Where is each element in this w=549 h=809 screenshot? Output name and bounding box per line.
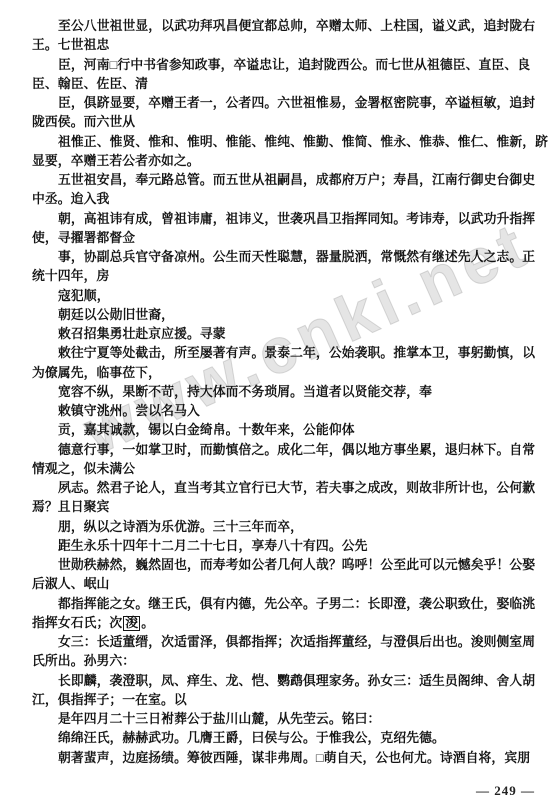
text-line: 是年四月二十三日袝葬公于盐川山麓，从先茔云。铭曰： [32,710,537,729]
text-line: 敕召招集勇壮赴京应援。寻蒙 [32,325,537,344]
text-line: 朝廷以公勋旧世裔， [32,306,537,325]
text-line: 敕往宁夏等处截击，所至屡著有声。景泰二年，公始袭职。推掌本卫，事躬勤慎，以 [32,344,537,363]
text-line: 臣，俱跻显要，卒赠王者一，公者四。六世祖惟易，金署枢密院事，卒谥桓敏，追封 [32,94,537,113]
text-line: 统十四年，房 [32,267,537,286]
text-line: 夙志。然君子论人，直当考其立官行已大节，若夫事之成改，则故非所计也，公何歉 [32,479,537,498]
text-line: 祖惟正、惟贤、惟和、惟明、惟能、惟纯、惟勤、惟简、惟永、惟恭、惟仁、惟新，跻 [32,133,537,152]
text-line: 都指挥能之女。继王氏，俱有内德，先公卒。子男二：长即澄，袭公职致仕，娶临洮 [32,595,537,614]
text-line: 情观之，似未满公 [32,460,537,479]
text-line: 显要，卒赠王若公者亦如之。 [32,152,537,171]
text-line: 德意行事，一如掌卫时，而勤慎倍之。成化二年，偶以地方事坐累，退归林下。自常 [32,441,537,460]
text-line: 敕镇守洮州。尝以名马入 [32,402,537,421]
text-line: 五世祖安昌，奉元路总管。而五世从祖嗣昌，成都府万户；寿昌，江南行御史台御史 [32,171,537,190]
text-line: 江，俱指挥子；一在室。以 [32,691,537,710]
text-line: 朋，纵以之诗酒为乐优游。三十三年而卒， [32,518,537,537]
text-line: 寇犯顺， [32,287,537,306]
boxed-character: 浚 [123,616,140,631]
text-line: 王。七世祖忠 [32,36,537,55]
text-line: 陇西侯。而六世从 [32,113,537,132]
text-line: 绵绵汪氏，赫赫武功。几膺王爵，曰侯与公。于惟我公，克绍先德。 [32,729,537,748]
text-line: 事，协副总兵官守备凉州。公生而天性聪慧，器量脱洒，常慨然有继述先人之志。正 [32,248,537,267]
text-line: 焉？且日聚宾 [32,498,537,517]
document-page: 至公八世祖世显，以武功拜巩昌便宜都总帅，卒赠太师、上柱国，谥义武，追封陇右王。七… [0,0,549,809]
text-line: 臣，河南□行中书省参知政事，卒谥忠让，追封陇西公。而七世从祖德臣、直臣、良 [32,56,537,75]
text-line: 贡，嘉其诚款，锡以白金绮帛。十数年来，公能仰体 [32,421,537,440]
text-line: 朝著蜚声，边庭扬绩。筹彼西陲，谋非弗周。□萌自天，公也何尤。诗酒自将，宾朋 [32,749,537,768]
text-line: 距生永乐十四年十二月二十七日，享寿八十有四。公先 [32,537,537,556]
text-line: 女三：长适董缙，次适雷泽，俱都指挥；次适指挥董经，与澄俱后出也。浚则侧室周 [32,633,537,652]
text-line: 氏所出。孙男六： [32,652,537,671]
text-line: 长即麟，袭澄职，凤、痒生、龙、恺、鹦鹉俱理家务。孙女三：适生员阁绅、舍人胡 [32,672,537,691]
text-line: 后淑人、岷山 [32,575,537,594]
page-text: 至公八世祖世显，以武功拜巩昌便宜都总帅，卒赠太师、上柱国，谥义武，追封陇右王。七… [32,17,537,768]
text-line: 世勋秩赫然，巍然固也，而寿考如公者几何人哉？呜呼！公至此可以元憾矣乎！公娶 [32,556,537,575]
text-line: 宽容不纵，果断不苛，持大体而不务琐屑。当道者以贤能交荐，奉 [32,383,537,402]
text-line: 臣、翰臣、佐臣、清 [32,75,537,94]
text-line: 为僚属先，临事莅下， [32,364,537,383]
text-line: 至公八世祖世显，以武功拜巩昌便宜都总帅，卒赠太师、上柱国，谥义武，追封陇右 [32,17,537,36]
text-line: 中丞。迨入我 [32,190,537,209]
text-line: 朝，高祖讳有成，曾祖讳庸，祖讳义，世袭巩昌卫指挥同知。考讳寿，以武功升指挥 [32,210,537,229]
text-line: 使，寻擢署都督佥 [32,229,537,248]
text-line: 指挥女石氏；次浚。 [32,614,537,633]
page-number: — 249 — [476,783,535,799]
